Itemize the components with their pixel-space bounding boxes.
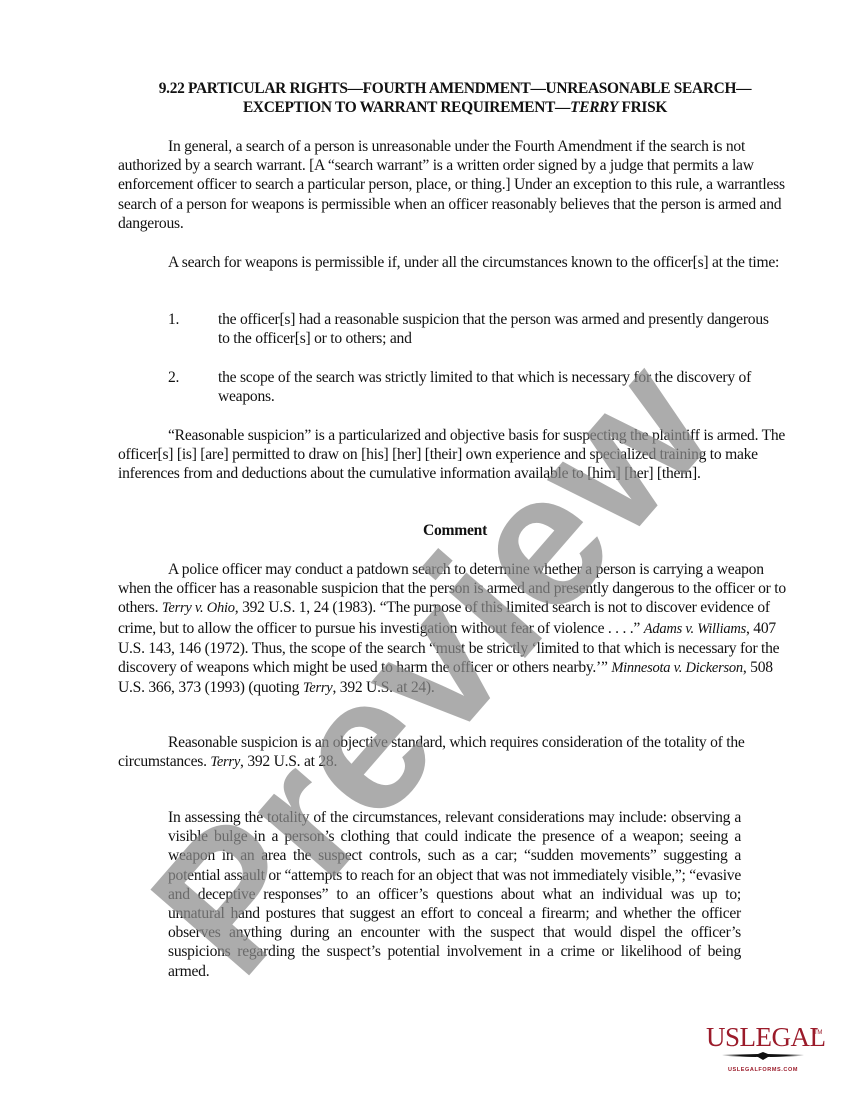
title-line-2-suffix: FRISK xyxy=(618,99,667,116)
list-item-number: 2. xyxy=(168,368,179,387)
title-line-2: EXCEPTION TO WARRANT REQUIREMENT—TERRY F… xyxy=(110,98,800,117)
case-citation: Terry v. Ohio xyxy=(162,600,235,616)
logo-brand-text: USLEGAL xyxy=(706,1022,818,1052)
paragraph-comment-patdown: A police officer may conduct a patdown s… xyxy=(118,560,790,698)
list-item-text: the scope of the search was strictly lim… xyxy=(218,368,778,406)
logo-url: USLEGALFORMS.COM xyxy=(706,1061,820,1080)
paragraph-general-rule: In general, a search of a person is unre… xyxy=(118,137,790,233)
case-citation: Adams v. Williams xyxy=(644,621,746,637)
text-run: , 392 U.S. at 28. xyxy=(240,753,337,770)
comment-heading: Comment xyxy=(110,521,800,540)
title-line-1: 9.22 PARTICULAR RIGHTS—FOURTH AMENDMENT—… xyxy=(110,79,800,98)
title-line-2-prefix: EXCEPTION TO WARRANT REQUIREMENT— xyxy=(243,99,570,116)
case-citation: Terry xyxy=(303,680,333,696)
paragraph-conditions-intro: A search for weapons is permissible if, … xyxy=(118,253,790,272)
logo-trademark: TM xyxy=(814,1024,822,1043)
paragraph-reasonable-suspicion: “Reasonable suspicion” is a particulariz… xyxy=(118,426,790,484)
case-citation: Minnesota v. Dickerson xyxy=(611,660,743,676)
title-line-2-italic: TERRY xyxy=(570,99,618,116)
paragraph-objective-standard: Reasonable suspicion is an objective sta… xyxy=(118,733,790,772)
case-citation: Terry xyxy=(210,754,240,770)
list-item-text: the officer[s] had a reasonable suspicio… xyxy=(218,310,778,348)
text-run: , 392 U.S. at 24). xyxy=(332,679,434,696)
document-page: 9.22 PARTICULAR RIGHTS—FOURTH AMENDMENT—… xyxy=(0,0,850,1100)
block-quote-totality: In assessing the totality of the circums… xyxy=(168,808,741,981)
uslegal-logo[interactable]: USLEGAL TM USLEGALFORMS.COM xyxy=(706,1022,826,1070)
document-title: 9.22 PARTICULAR RIGHTS—FOURTH AMENDMENT—… xyxy=(110,79,800,117)
list-item-number: 1. xyxy=(168,310,179,329)
eagle-wings-icon xyxy=(722,1052,804,1060)
